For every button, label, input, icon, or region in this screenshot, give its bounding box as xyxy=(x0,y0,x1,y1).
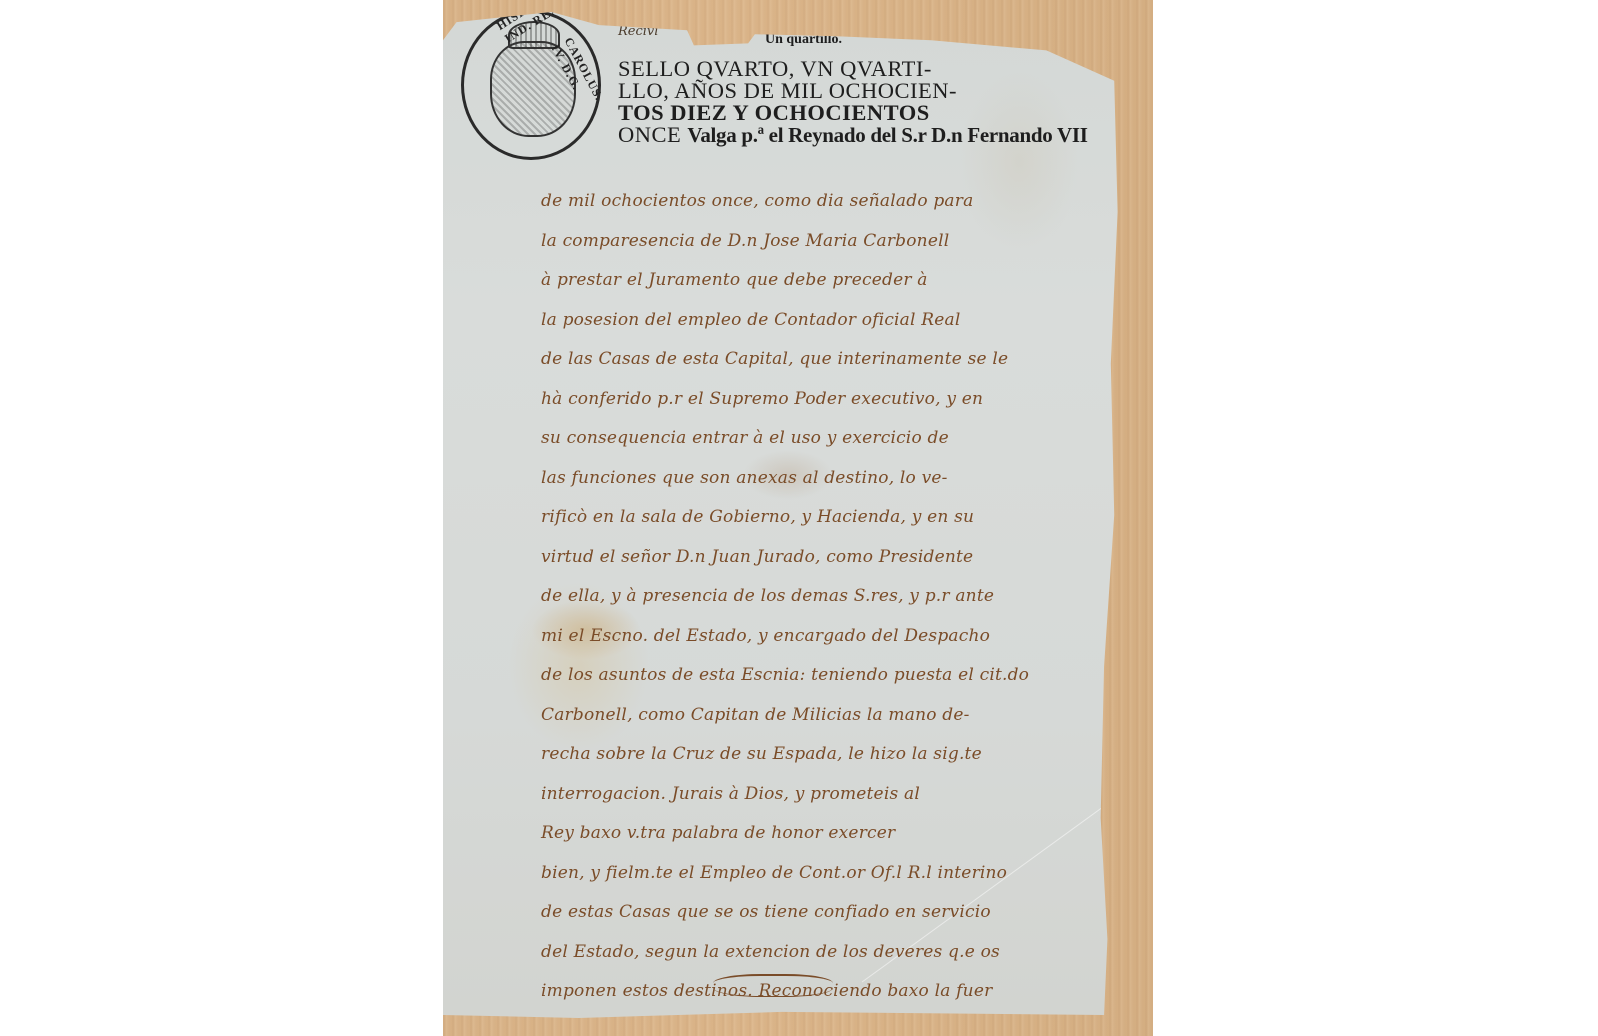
manuscript-line: interrogacion. Jurais à Dios, y prometei… xyxy=(541,775,1121,815)
manuscript-line: mi el Escno. del Estado, y encargado del… xyxy=(541,617,1121,657)
manuscript-line: hà conferido p.r el Supremo Poder execut… xyxy=(541,380,1121,420)
manuscript-text: de mil ochocientos once, como dia señala… xyxy=(541,182,1121,1012)
document-photo: HISPAN. ET IND. REX CAROLUS. IV. D.G. Re… xyxy=(443,0,1153,1036)
manuscript-line: Carbonell, como Capitan de Milicias la m… xyxy=(541,696,1121,736)
stamp-line: ONCE Valga p.ª el Reynado del S.r D.n Fe… xyxy=(618,124,998,146)
manuscript-line: la posesion del empleo de Contador ofici… xyxy=(541,301,1121,341)
folio-note: Recivi xyxy=(618,24,658,39)
manuscript-line: de los asuntos de esta Escnia: teniendo … xyxy=(541,656,1121,696)
manuscript-line: del Estado, segun la extencion de los de… xyxy=(541,933,1121,973)
manuscript-line: virtud el señor D.n Juan Jurado, como Pr… xyxy=(541,538,1121,578)
manuscript-line: su consequencia entrar à el uso y exerci… xyxy=(541,419,1121,459)
stamp-line-once: ONCE xyxy=(618,122,681,147)
stamp-line: LLO, AÑOS DE MIL OCHOCIEN- xyxy=(618,80,998,102)
manuscript-page: HISPAN. ET IND. REX CAROLUS. IV. D.G. Re… xyxy=(443,10,1121,1020)
manuscript-line: à prestar el Juramento que debe preceder… xyxy=(541,261,1121,301)
manuscript-line: Rey baxo v.tra palabra de honor exercer xyxy=(541,814,1121,854)
manuscript-line: imponen estos destinos. Reconociendo bax… xyxy=(541,972,1121,1012)
manuscript-line: rificò en la sala de Gobierno, y Haciend… xyxy=(541,498,1121,538)
manuscript-line: de las Casas de esta Capital, que interi… xyxy=(541,340,1121,380)
rubric-flourish xyxy=(713,974,833,997)
manuscript-line: recha sobre la Cruz de su Espada, le hiz… xyxy=(541,735,1121,775)
stamp-validation: Valga p.ª el Reynado del S.r D.n Fernand… xyxy=(687,123,1087,147)
stamp-header: SELLO QVARTO, VN QVARTI- LLO, AÑOS DE MI… xyxy=(618,58,998,146)
manuscript-line: bien, y fielm.te el Empleo de Cont.or Of… xyxy=(541,854,1121,894)
manuscript-line: la comparesencia de D.n Jose Maria Carbo… xyxy=(541,222,1121,262)
royal-seal-stamp: HISPAN. ET IND. REX CAROLUS. IV. D.G. xyxy=(461,10,601,160)
stamp-value: Un quartillo. xyxy=(765,32,842,48)
stamp-line: TOS DIEZ Y OCHOCIENTOS xyxy=(618,102,998,124)
manuscript-line: de ella, y à presencia de los demas S.re… xyxy=(541,577,1121,617)
stamp-line: SELLO QVARTO, VN QVARTI- xyxy=(618,58,998,80)
manuscript-line: de mil ochocientos once, como dia señala… xyxy=(541,182,1121,222)
manuscript-line: de estas Casas que se os tiene confiado … xyxy=(541,893,1121,933)
manuscript-line: las funciones que son anexas al destino,… xyxy=(541,459,1121,499)
